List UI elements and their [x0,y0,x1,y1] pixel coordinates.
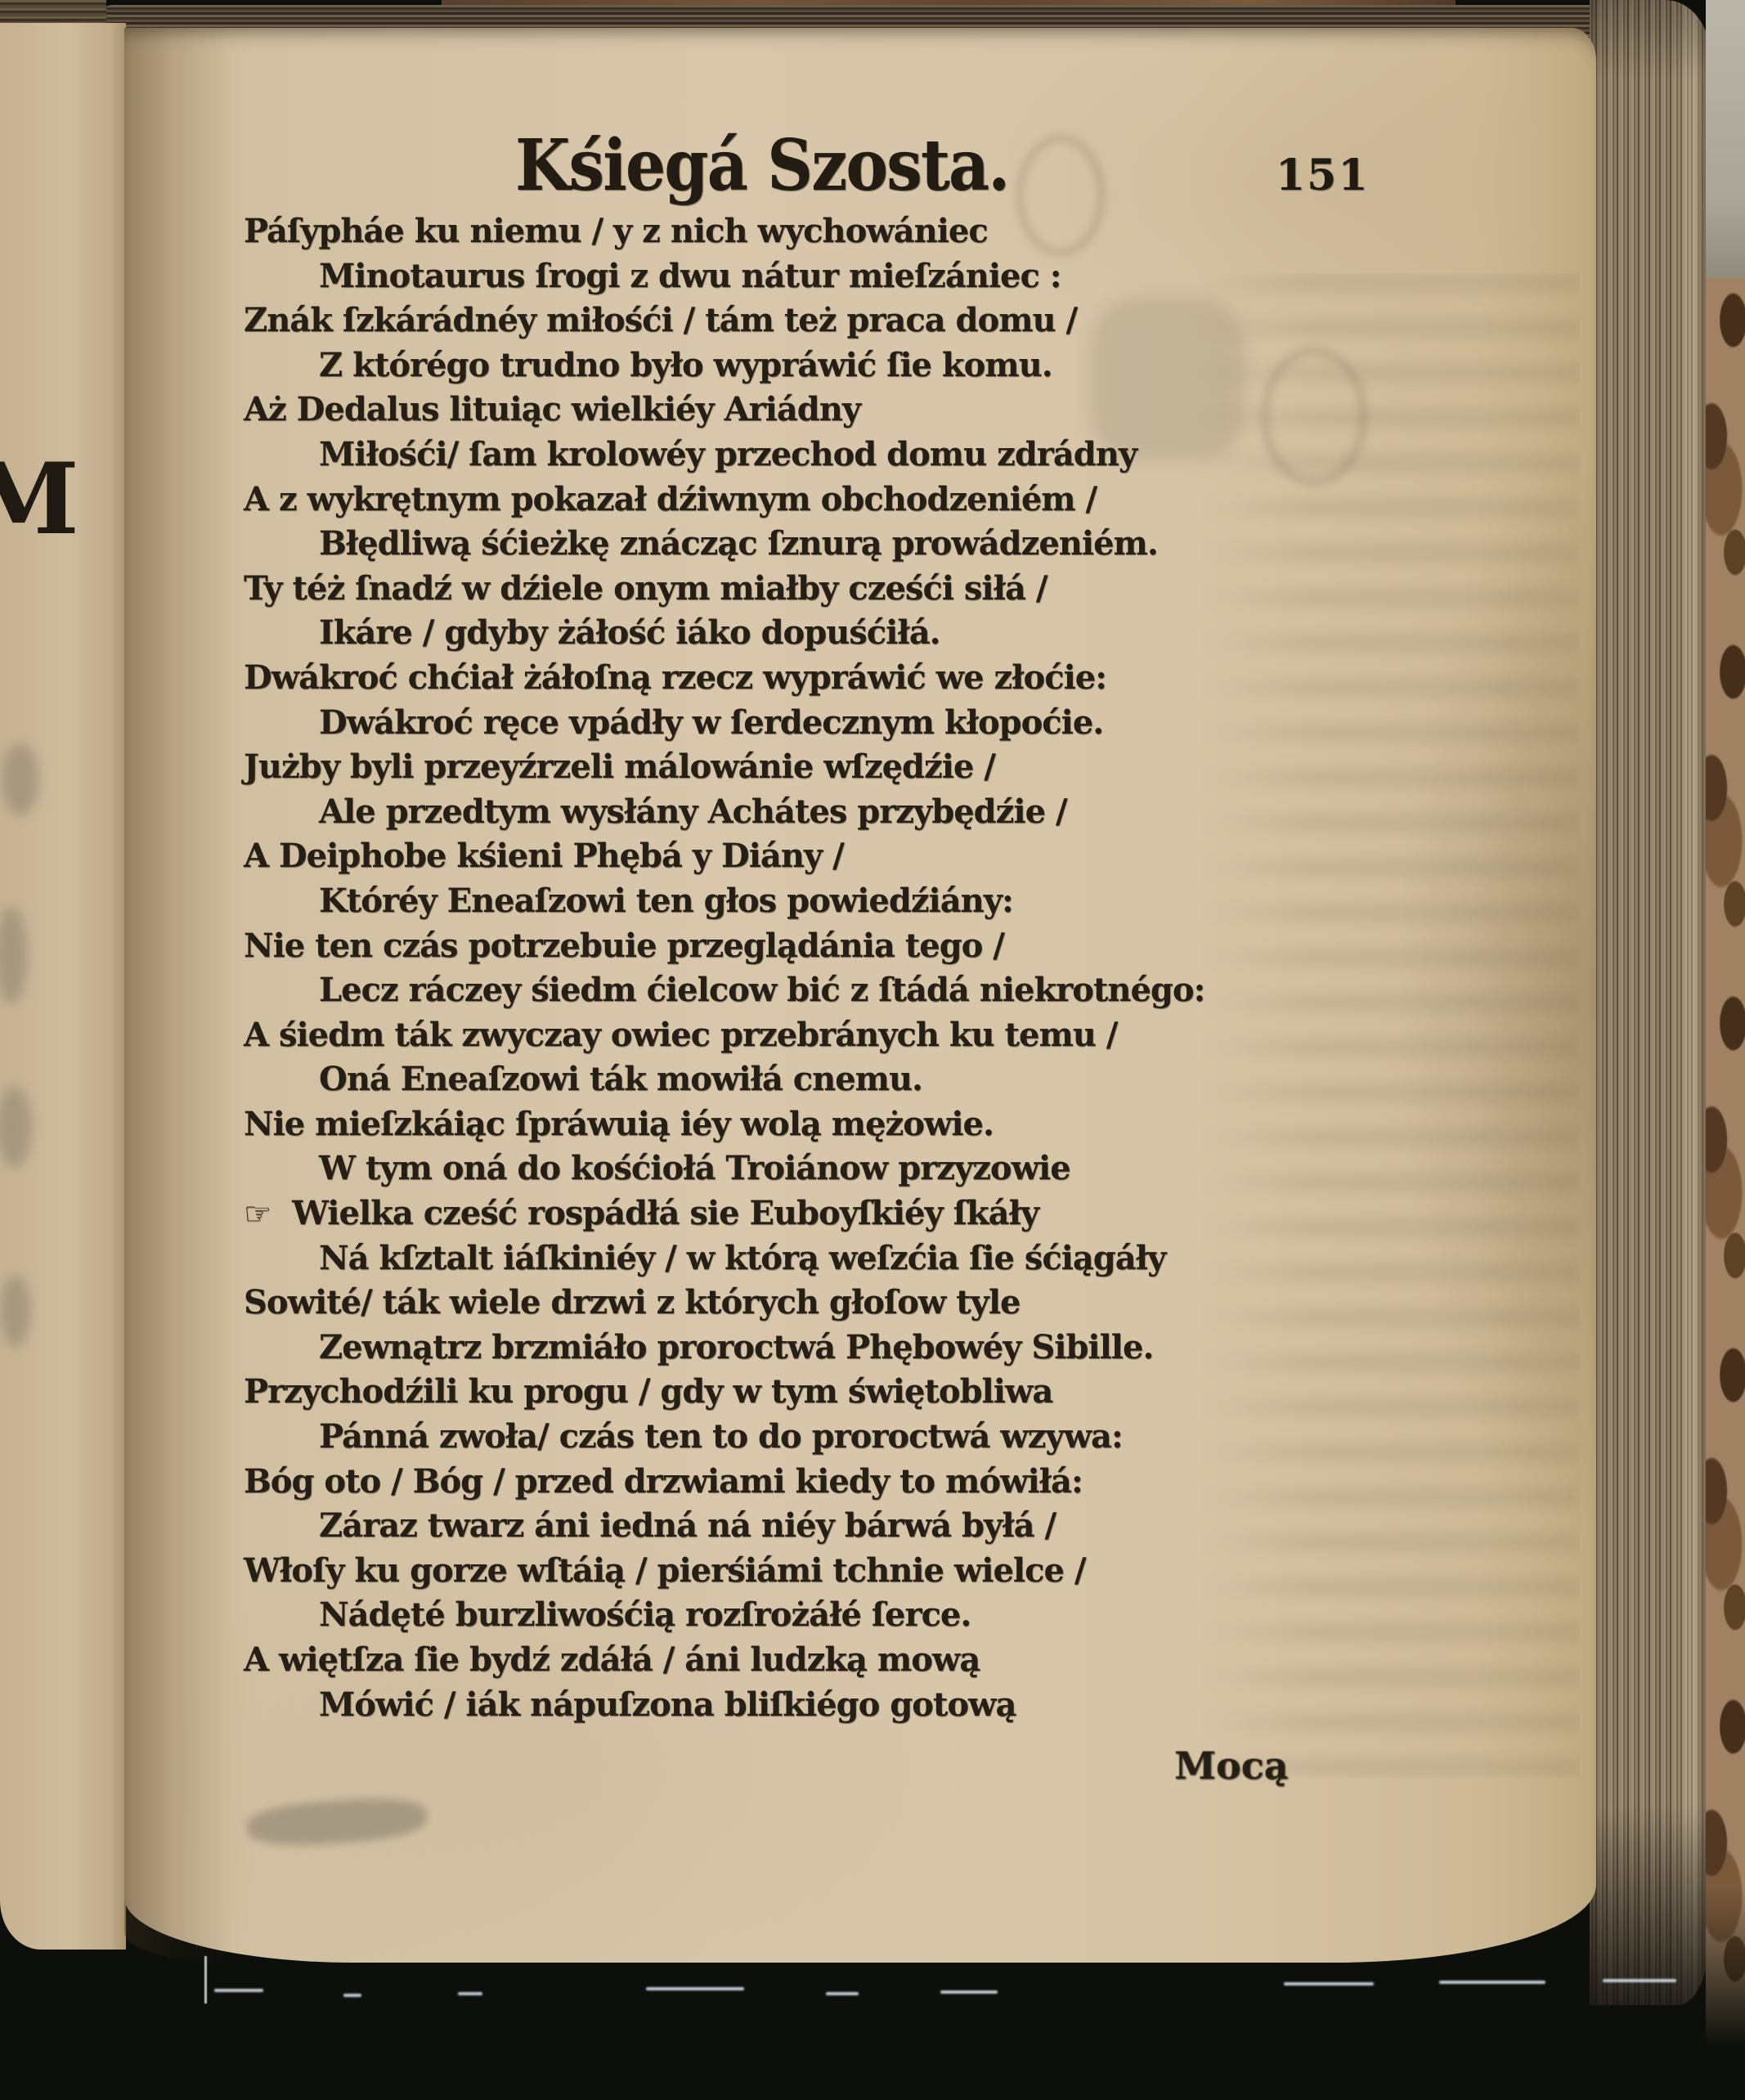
poem-line-text: Sowité/ ták wiele drzwi z których głoſow… [244,1283,1021,1321]
poem-line: Nádęté burzliwośćią rozſrożáłé ſerce. [244,1593,1438,1638]
poem-line-text: Ná kſztalt iáſkiniéy / w którą weſzćia ſ… [319,1239,1165,1277]
poem-line: Nie mieſzkáiąc ſpráwuią iéy wolą mężowie… [244,1102,1438,1147]
facing-page-sliver: M [0,23,126,1950]
poem-line-text: Minotaurus ſrogi z dwu nátur mieſzániec … [319,257,1061,295]
poem-line: Włoſy ku gorze wſtáią / pierśiámi tchnie… [244,1549,1438,1594]
scan-glint [204,1956,207,2004]
poem-line-text: Záraz twarz áni iedná ná niéy bárwá byłá… [319,1506,1056,1545]
poem-line-text: Dwákroć ręce vpádły w ſerdecznym kłopoći… [319,703,1103,742]
scan-glint [343,1994,361,1997]
scan-glint [826,1992,859,1995]
poem-line: Miłośći/ ſam krolowéy przechod domu zdrá… [244,433,1438,478]
book-scan-scene: M Kśiegá Szosta. 151 Páſypháe ku niemu /… [0,0,1745,2100]
poem-line: A śiedm ták zwyczay owiec przebránych ku… [244,1013,1438,1058]
poem-line: Aż Dedalus lituiąc wielkiéy Ariádny [244,388,1438,433]
book-page: Kśiegá Szosta. 151 Páſypháe ku niemu / y… [124,28,1596,1963]
cover-bottom-shadow [1706,1887,1745,2100]
poem-line-text: Przychodźili ku progu / gdy w tym święto… [244,1372,1052,1411]
poem-line: Pánná zwoła/ czás ten to do proroctwá wz… [244,1415,1438,1460]
poem-line-text: Błędliwą śćieżkę znácząc ſznurą prowádze… [319,524,1158,563]
poem-line-text: Pánná zwoła/ czás ten to do proroctwá wz… [319,1417,1123,1456]
poem-line: Znák ſzkárádnéy miłośći / tám też praca … [244,298,1438,343]
poem-line-text: Z którégo trudno było wypráwić ſie komu. [319,346,1052,384]
scan-glint [1439,1981,1545,1984]
poem-line: Minotaurus ſrogi z dwu nátur mieſzániec … [244,254,1438,299]
poem-line-text: Dwákroć chćiał żáłoſną rzecz wypráwić we… [244,658,1106,697]
poem-line-text: Ty téż ſnadź w dźiele onym miałby cześći… [244,569,1047,608]
poem-line: Ty téż ſnadź w dźiele onym miałby cześći… [244,567,1438,612]
poem-line-text: Jużby byli przeyźrzeli málowánie wſzędźi… [244,747,995,786]
poem-line: Ale przedtym wysłány Achátes przybędźie … [244,790,1438,835]
poem-line-text: Nie mieſzkáiąc ſpráwuią iéy wolą mężowie… [244,1105,994,1143]
page-number: 151 [1276,150,1370,200]
poem-line-text: Lecz ráczey śiedm ćielcow bić z ſtádá ni… [319,971,1204,1009]
manicule-icon: ☞ [244,1196,271,1232]
margin-smudge [0,1274,31,1348]
poem-line: A z wykrętnym pokazał dźiwnym obchodzeni… [244,478,1438,523]
poem-line: Zewnątrz brzmiáło proroctwá Phębowéy Sib… [244,1326,1438,1371]
poem-line-text: A Deiphobe kśieni Phębá y Diány / [244,837,844,875]
poem-line-text: Bóg oto / Bóg / przed drzwiami kiedy to … [244,1462,1083,1501]
book-fore-edge [1590,0,1711,2005]
poem-line: Páſypháe ku niemu / y z nich wychowániec [244,209,1438,254]
poem-line: Záraz twarz áni iedná ná niéy bárwá byłá… [244,1504,1438,1549]
margin-smudge [0,1086,33,1168]
poem-line: Jużby byli przeyźrzeli málowánie wſzędźi… [244,745,1438,790]
scan-glint [940,1990,998,1994]
cover-board-top [1706,0,1745,282]
poem-line: A Deiphobe kśieni Phębá y Diány / [244,834,1438,879]
poem-line: Z którégo trudno było wypráwić ſie komu. [244,343,1438,388]
poem-line-text: Nádęté burzliwośćią rozſrożáłé ſerce. [319,1595,971,1634]
poem-line: Przychodźili ku progu / gdy w tym święto… [244,1370,1438,1415]
poem-line: Błędliwą śćieżkę znácząc ſznurą prowádze… [244,522,1438,567]
poem-line-text: Ale przedtym wysłány Achátes przybędźie … [319,792,1067,831]
poem-line: Ikáre / gdyby żáłość iáko dopuśćiłá. [244,611,1438,656]
poem-line: Bóg oto / Bóg / przed drzwiami kiedy to … [244,1460,1438,1505]
poem-line: W tym oná do kośćiołá Troiánow przyzowie [244,1146,1438,1191]
scan-glint [646,1987,744,1990]
poem-line-text: Miłośći/ ſam krolowéy przechod domu zdrá… [319,435,1137,473]
poem-line-text: Aż Dedalus lituiąc wielkiéy Ariádny [244,390,860,429]
running-title: Kśiegá Szosta. [515,124,1008,207]
poem-line-text: A z wykrętnym pokazał dźiwnym obchodzeni… [244,480,1097,518]
poem-line: A więtſza ſie bydź zdáłá / áni ludzką mo… [244,1638,1438,1683]
poem-line: Dwákroć chćiał żáłoſną rzecz wypráwić we… [244,656,1438,701]
poem-line: Któréy Eneaſzowi ten głos powiedźiány: [244,879,1438,924]
poem-line-text: W tym oná do kośćiołá Troiánow przyzowie [319,1149,1070,1187]
poem-line: ☞Wielka cześć rospádłá sie Euboyſkiéy ſk… [244,1191,1438,1236]
ink-smudge [245,1794,428,1849]
scan-glint [1603,1979,1676,1982]
poem-line-text: Mówić / iák nápuſzona bliſkiégo gotową [319,1685,1016,1724]
catchword: Mocą [1174,1743,1288,1788]
poem-line: Dwákroć ręce vpádły w ſerdecznym kłopoći… [244,701,1438,746]
cover-board [1706,0,1745,2100]
poem-line-text: Páſypháe ku niemu / y z nich wychowániec [244,212,988,250]
facing-page-letter: M [0,442,79,557]
poem-line-text: A więtſza ſie bydź zdáłá / áni ludzką mo… [244,1640,980,1679]
poem-line-text: Znák ſzkárádnéy miłośći / tám też praca … [244,301,1077,339]
poem-line-text: Ikáre / gdyby żáłość iáko dopuśćiłá. [319,613,940,652]
text-block: Páſypháe ku niemu / y z nich wychowániec… [244,209,1438,1727]
poem-line-text: Wielka cześć rospádłá sie Euboyſkiéy ſká… [292,1194,1038,1232]
poem-line: Mówić / iák nápuſzona bliſkiégo gotową [244,1683,1438,1728]
poem-line-text: A śiedm ták zwyczay owiec przebránych ku… [244,1016,1117,1054]
margin-smudge [0,906,28,1004]
cover-marble-pattern [1706,278,1745,2100]
poem-line-text: Oná Eneaſzowi ták mowiłá cnemu. [319,1060,922,1098]
scan-glint [1284,1982,1374,1986]
poem-line: Oná Eneaſzowi ták mowiłá cnemu. [244,1057,1438,1102]
poem-line-text: Nie ten czás potrzebuie przeglądánia teg… [244,927,1004,965]
poem-line: Lecz ráczey śiedm ćielcow bić z ſtádá ni… [244,968,1438,1013]
poem-line-text: Któréy Eneaſzowi ten głos powiedźiány: [319,882,1013,920]
scan-glint [214,1989,263,1992]
poem-line: Sowité/ ták wiele drzwi z których głoſow… [244,1281,1438,1326]
poem-line-text: Zewnątrz brzmiáło proroctwá Phębowéy Sib… [319,1328,1153,1366]
poem-line-text: Włoſy ku gorze wſtáią / pierśiámi tchnie… [244,1551,1085,1590]
poem-line: Nie ten czás potrzebuie przeglądánia teg… [244,924,1438,969]
margin-smudge [2,743,39,816]
poem-line: Ná kſztalt iáſkiniéy / w którą weſzćia ſ… [244,1236,1438,1281]
scan-glint [458,1992,482,1995]
gutter-shadow [124,28,231,1963]
